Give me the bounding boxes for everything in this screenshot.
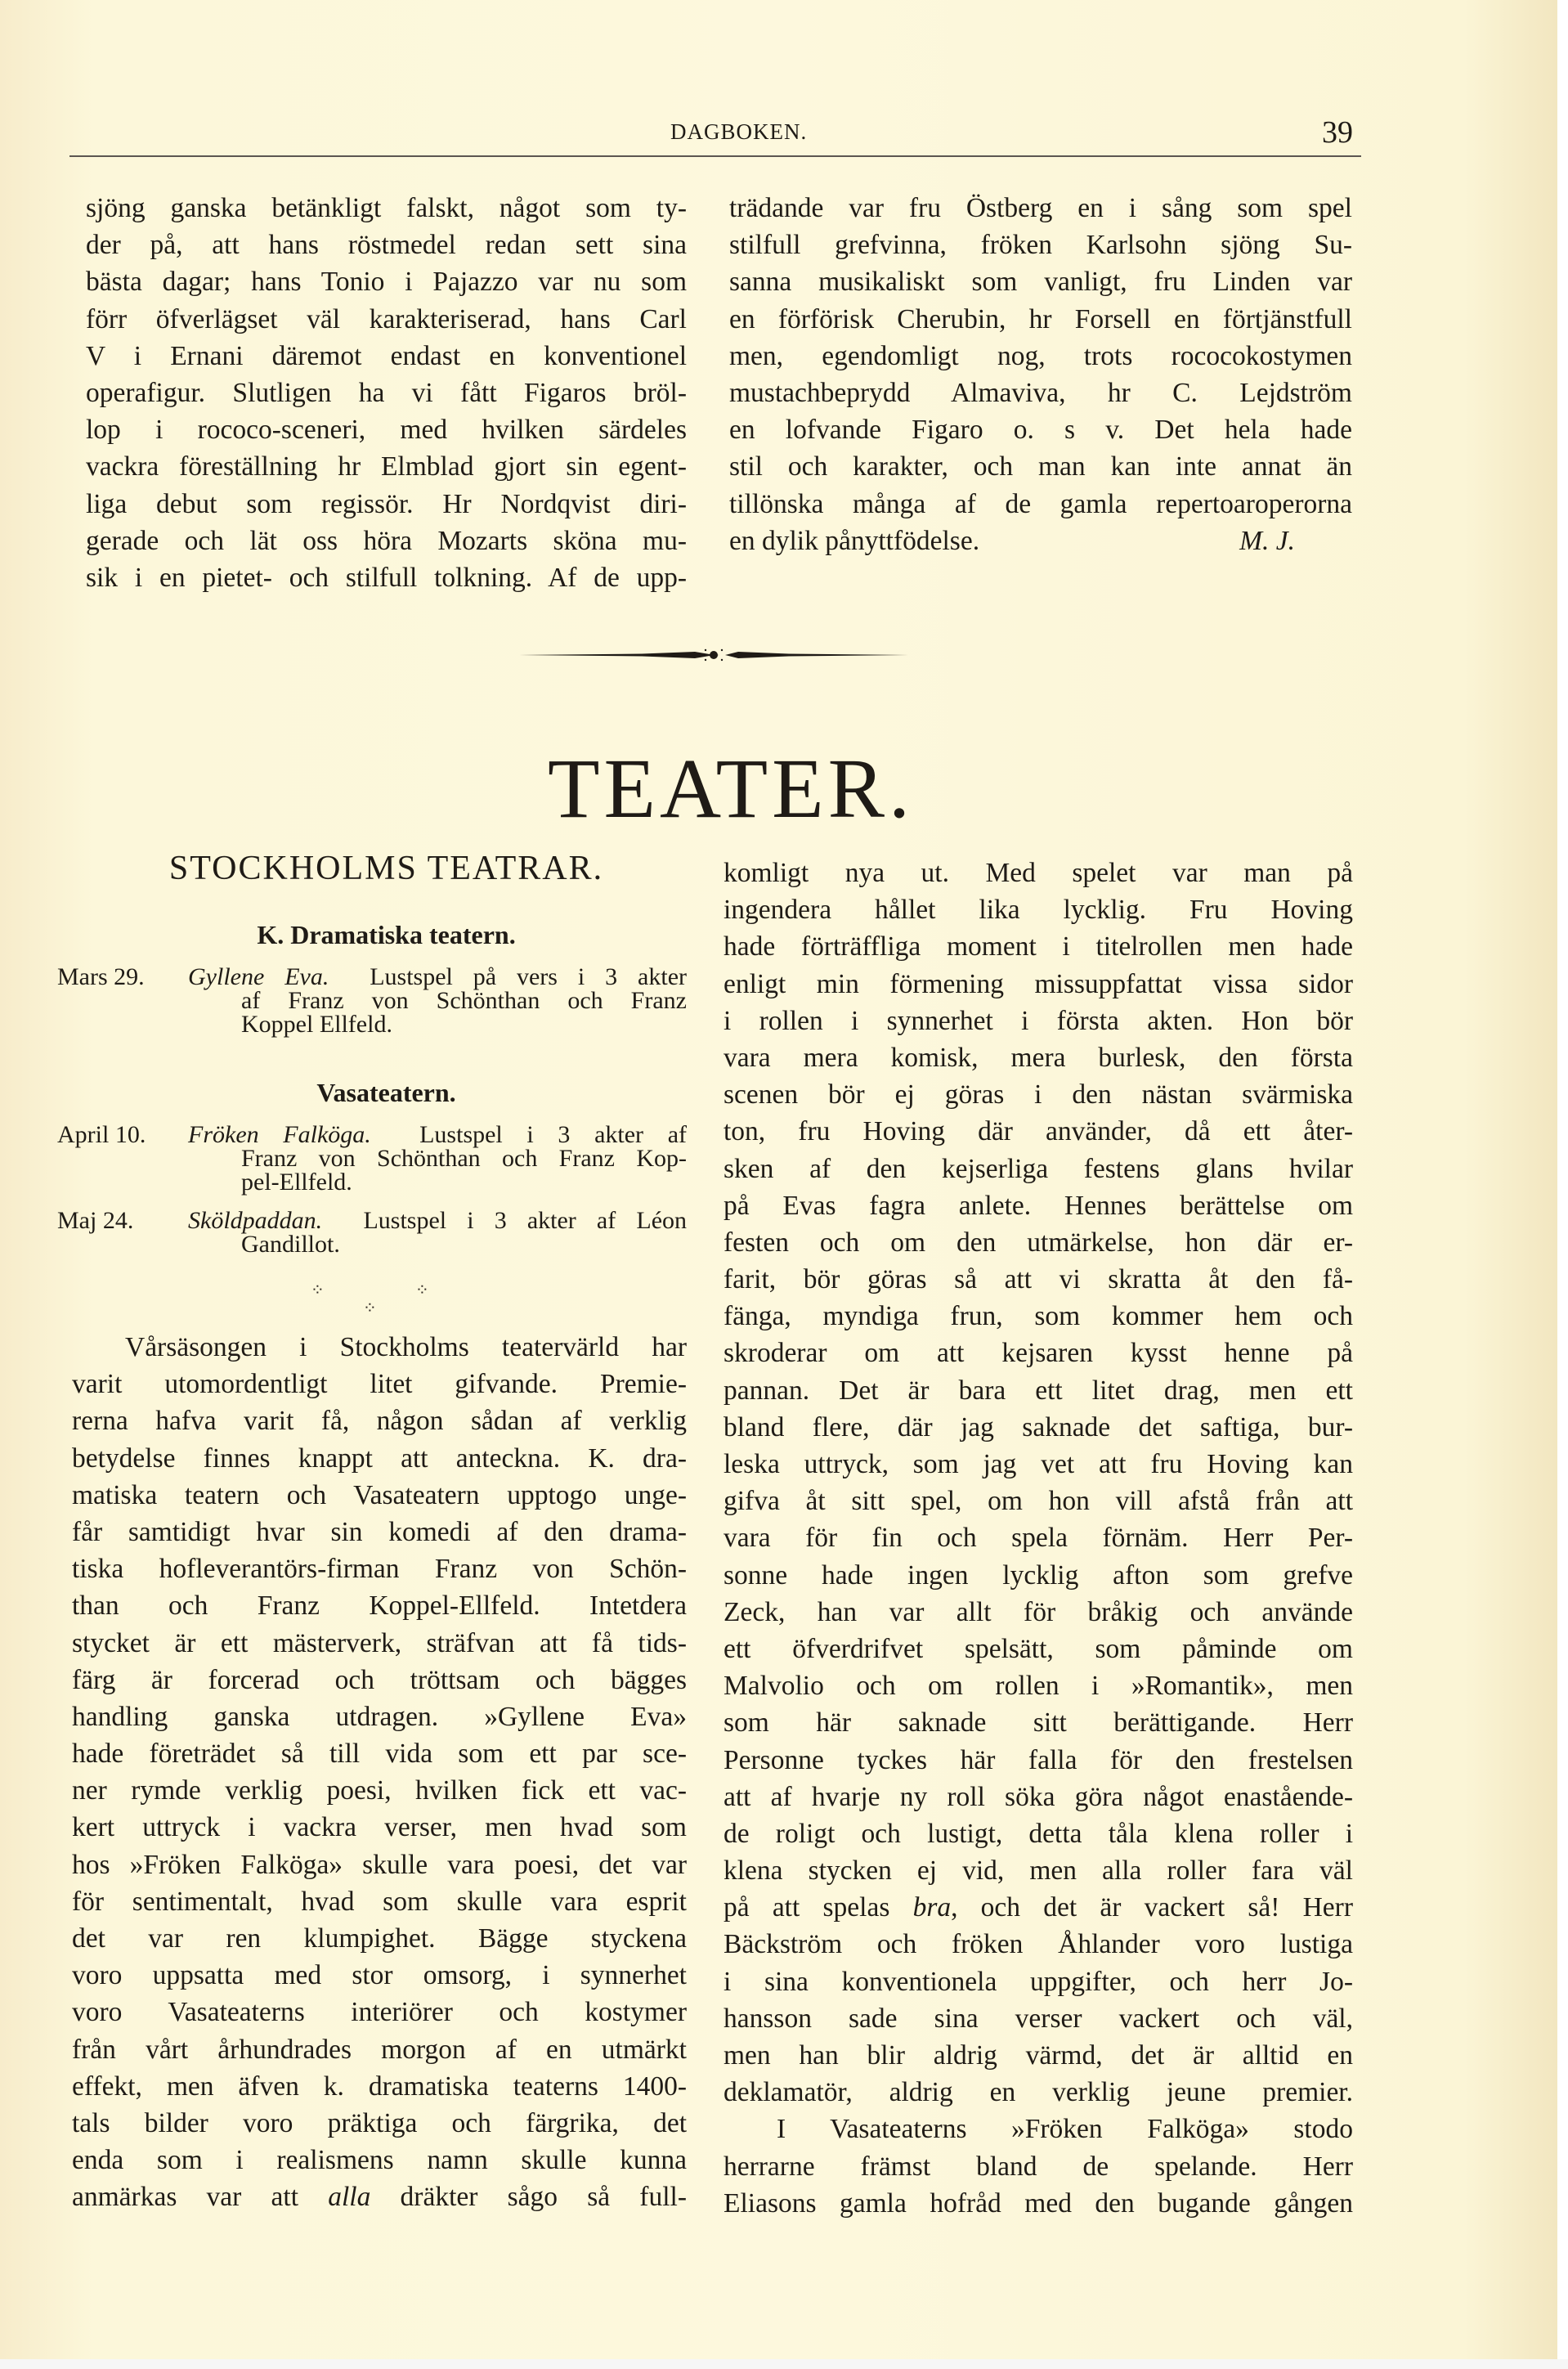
text-line: från vårt århundrades morgon af en utmär… [72,2031,687,2068]
text-line: Zeck, han var allt för bråkig och använd… [724,1594,1353,1631]
top-left-column: sjöng ganska betänkligt falskt, något so… [86,190,687,596]
asterism-ornament: ⁘ ⁘ ⁘ [311,1280,458,1321]
text-line: Personne tyckes här falla för den freste… [724,1742,1353,1779]
text-line: sik i en pietet- och stilfull tolkning. … [86,559,687,596]
text-line: men han blir aldrig värmd, det är alltid… [724,2037,1353,2074]
premiere-entry: Mars 29. Gyllene Eva. Lustspel på vers i… [57,965,687,1036]
text-line: handling ganska utdragen. »Gyllene Eva» [72,1698,687,1735]
emphasis: bra [913,1892,952,1923]
text-line: hansson sade sina verser vackert och väl… [724,2000,1353,2037]
premiere-entry: Maj 24. Sköldpaddan. Lustspel i 3 akter … [57,1209,687,1256]
text-line: hade förträffliga moment i titelrollen m… [724,928,1353,965]
text-line: vackra föreställning hr Elmblad gjort si… [86,448,687,485]
text-line: ner rymde verklig poesi, hvilken fick et… [72,1772,687,1809]
text-line: voro Vasateaterns interiörer och kostyme… [72,1994,687,2030]
text-line: effekt, men äfven k. dramatiska teaterns… [72,2068,687,2105]
running-header: DAGBOKEN. 39 [69,114,1361,147]
text-line: varit utomordentligt litet gifvande. Pre… [72,1366,687,1402]
text-line: i rollen i synnerhet i första akten. Hon… [724,1003,1353,1039]
text-line: leska uttryck, som jag vet att fru Hovin… [724,1446,1353,1483]
subsection-heading: STOCKHOLMS TEATRAR. [86,849,687,888]
text-line: festen och om den utmärkelse, hon där er… [724,1224,1353,1261]
text-line: en förförisk Cherubin, hr Forsell en för… [729,301,1352,338]
text-line: operafigur. Slutligen ha vi fått Figaros… [86,375,687,411]
text-line: ton, fru Hoving där använder, då ett åte… [724,1113,1353,1150]
entry-date: Mars 29. [57,965,188,989]
page-number: 39 [1322,114,1353,150]
text-line: färg är forcerad och tröttsam och bägges [72,1662,687,1698]
text-line: stil och karakter, och man kan inte anna… [729,448,1352,485]
entry-line: Sköldpaddan. Lustspel i 3 akter af Léon [188,1209,687,1232]
asterisk-icon: ⁘ [311,1280,325,1300]
text-line: rerna hafva varit få, någon sådan af ver… [72,1402,687,1439]
text-line: komligt nya ut. Med spelet var man på [724,855,1353,891]
text-line: hade företrädet så till vida som ett par… [72,1735,687,1772]
text-line: ingendera hållet lika lycklig. Fru Hovin… [724,891,1353,928]
text-line: Bäckström och fröken Åhlander voro lusti… [724,1926,1353,1963]
author-signature: M. J. [1239,523,1295,559]
text-line: sanna musikaliskt som vanligt, fru Linde… [729,263,1352,300]
text-line: Vårsäsongen i Stockholms teatervärld har [72,1329,687,1366]
text-line: farit, bör göras så att vi skratta åt de… [724,1261,1353,1298]
review-right-column: komligt nya ut. Med spelet var man på in… [724,855,1353,2222]
theatre-heading: K. Dramatiska teatern. [86,920,687,950]
text-line: på att spelas bra, och det är vackert så… [724,1889,1353,1926]
theatre-heading: Vasateatern. [86,1078,687,1108]
text-line: bland flere, där jag saknade det saftiga… [724,1409,1353,1446]
asterisk-icon: ⁘ [363,1298,377,1318]
text-line: men, egendomligt nog, trots rococokostym… [729,338,1352,375]
text-line: pannan. Det är bara ett litet drag, men … [724,1372,1353,1409]
page-edge [1557,0,1568,2369]
text-line: klena stycken ej vid, men alla roller fa… [724,1852,1353,1889]
text-line: förr öfverlägset väl karakteriserad, han… [86,301,687,338]
top-right-column: trädande var fru Östberg en i sång som s… [729,190,1352,559]
text-line: vara för fin och spela förnäm. Herr Per- [724,1519,1353,1556]
text-line: gifva åt sitt spel, om hon vill afstå fr… [724,1483,1353,1519]
entry-body: Sköldpaddan. Lustspel i 3 akter af Léon … [241,1209,687,1256]
text-line: enligt min förmening missuppfattat vissa… [724,966,1353,1003]
text-line: than och Franz Koppel-Ellfeld. Intetdera [72,1587,687,1624]
premiere-entry: April 10. Fröken Falköga. Lustspel i 3 a… [57,1123,687,1194]
text-line: sjöng ganska betänkligt falskt, något so… [86,190,687,227]
text-line: liga debut som regissör. Hr Nordqvist di… [86,486,687,523]
text-line: på Evas fagra anlete. Hennes berättelse … [724,1187,1353,1224]
text-line: betydelse finnes knappt att anteckna. K.… [72,1440,687,1477]
text-line: ett öfverdrifvet spelsätt, som påminde o… [724,1631,1353,1667]
text-line: bästa dagar; hans Tonio i Pajazzo var nu… [86,263,687,300]
text-line: Malvolio och om rollen i »Romantik», men [724,1667,1353,1704]
closing-line: en dylik pånyttfödelse. M. J. [729,523,1352,559]
text-line: stilfull grefvinna, fröken Karlsohn sjön… [729,227,1352,263]
text-line: tillönska många af de gamla repertoarope… [729,486,1352,523]
text-line: vara mera komisk, mera burlesk, den förs… [724,1039,1353,1076]
entry-date: April 10. [57,1123,188,1146]
entry-line: Gandillot. [241,1232,687,1256]
text-line: sken af den kejserliga festens glans hvi… [724,1151,1353,1187]
asterisk-icon: ⁘ [415,1280,429,1300]
text-line: deklamatör, aldrig en verklig jeune prem… [724,2074,1353,2111]
text-line: mustachbeprydd Almaviva, hr C. Lejdström [729,375,1352,411]
text-line: fänga, myndiga frun, som kommer hem och [724,1298,1353,1335]
header-rule [69,155,1361,157]
entry-line: af Franz von Schönthan och Franz [241,989,687,1012]
text-line: de roligt och lustigt, detta tåla klena … [724,1815,1353,1852]
text-line: en lofvande Figaro o. s v. Det hela hade [729,411,1352,448]
section-heading-text: TEATER. [548,742,914,836]
entry-line: pel-Ellfeld. [241,1170,687,1194]
text-line: det var ren klumpighet. Bägge styckena [72,1920,687,1957]
review-left-column: Vårsäsongen i Stockholms teatervärld har… [72,1329,687,2216]
text-line: gerade och lät oss höra Mozarts sköna mu… [86,523,687,559]
text-line: scenen bör ej göras i den nästan svärmis… [724,1076,1353,1113]
text-line: trädande var fru Östberg en i sång som s… [729,190,1352,227]
text-line: der på, att hans röstmedel redan sett si… [86,227,687,263]
section-heading: TEATER. [0,740,1568,837]
text-line: att af hvarje ny roll söka göra något en… [724,1779,1353,1815]
text-line: anmärkas var att alla dräkter sågo så fu… [72,2178,687,2215]
entry-date: Maj 24. [57,1209,188,1232]
entry-line: Fröken Falköga. Lustspel i 3 akter af [188,1123,687,1146]
text-line: som här saknade sitt berättigande. Herr [724,1704,1353,1741]
entry-line: Koppel Ellfeld. [241,1012,687,1036]
text-line: I Vasateaterns »Fröken Falköga» stodo [724,2111,1353,2147]
text-line: för sentimentalt, hvad som skulle vara e… [72,1883,687,1920]
ornamental-divider [519,646,908,664]
text-line: hos »Fröken Falköga» skulle vara poesi, … [72,1846,687,1883]
text-line: i sina konventionela uppgifter, och herr… [724,1963,1353,2000]
text-line: får samtidigt hvar sin komedi af den dra… [72,1514,687,1550]
entry-body: Fröken Falköga. Lustspel i 3 akter af Fr… [241,1123,687,1194]
closing-text: en dylik pånyttfödelse. [729,523,979,559]
entry-body: Gyllene Eva. Lustspel på vers i 3 akter … [241,965,687,1036]
emphasis: alla [328,2182,370,2212]
text-line: Eliasons gamla hofråd med den bugande gå… [724,2185,1353,2222]
running-title: DAGBOKEN. [670,119,807,145]
text-line: sonne hade ingen lycklig afton som grefv… [724,1557,1353,1594]
text-line: kert uttryck i vackra verser, men hvad s… [72,1809,687,1846]
page-bottom-edge [0,2359,1568,2369]
text-line: V i Ernani däremot endast en konventione… [86,338,687,375]
text-line: stycket är ett mästerverk, sträfvan att … [72,1625,687,1662]
text-line: herrarne främst bland de spelande. Herr [724,2148,1353,2185]
text-line: enda som i realismens namn skulle kunna [72,2142,687,2178]
text-line: tals bilder voro präktiga och färgrika, … [72,2105,687,2142]
text-line: lop i rococo-sceneri, med hvilken särdel… [86,411,687,448]
entry-line: Franz von Schönthan och Franz Kop- [241,1146,687,1170]
text-line: skroderar om att kejsaren kysst henne på [724,1335,1353,1371]
entry-line: Gyllene Eva. Lustspel på vers i 3 akter [188,965,687,989]
text-line: tiska hofleverantörs-firman Franz von Sc… [72,1550,687,1587]
text-line: voro uppsatta med stor omsorg, i synnerh… [72,1957,687,1994]
text-line: matiska teatern och Vasateatern upptogo … [72,1477,687,1514]
